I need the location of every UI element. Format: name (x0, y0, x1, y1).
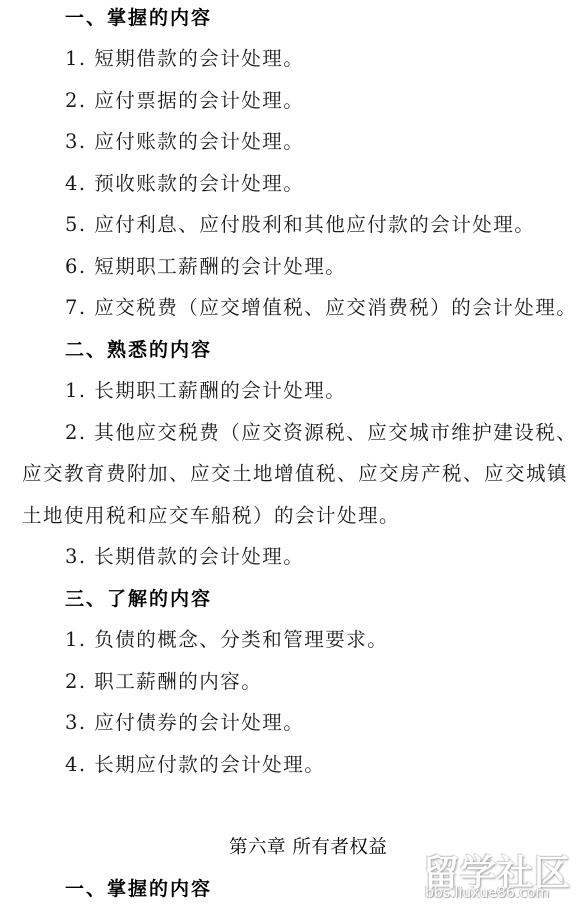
section-heading-mastery: 一、掌握的内容 (65, 6, 212, 30)
list-item: 6. 短期职工薪酬的会计处理。 (65, 255, 346, 279)
list-item: 2. 职工薪酬的内容。 (65, 670, 262, 694)
watermark-url: bbs.liuxue86.com (425, 885, 549, 901)
list-item: 4. 长期应付款的会计处理。 (65, 753, 325, 777)
section-heading-familiar: 二、熟悉的内容 (65, 338, 212, 362)
list-item: 1. 负债的概念、分类和管理要求。 (65, 628, 388, 652)
list-item: 1. 长期职工薪酬的会计处理。 (65, 379, 346, 403)
list-item-continuation: 应交教育费附加、应交土地增值税、应交房产税、应交城镇 (22, 462, 568, 486)
list-item: 3. 长期借款的会计处理。 (65, 545, 304, 569)
chapter-title: 第六章 所有者权益 (229, 836, 387, 860)
list-item: 5. 应付利息、应付股利和其他应付款的会计处理。 (65, 213, 535, 237)
watermark: 留学社区 bbs.liuxue86.com (415, 845, 580, 907)
section-heading-mastery: 一、掌握的内容 (65, 877, 212, 901)
list-item: 2. 其他应交税费（应交资源税、应交城市维护建设税、 (65, 421, 577, 445)
list-item: 3. 应付债券的会计处理。 (65, 711, 304, 735)
list-item: 3. 应付账款的会计处理。 (65, 130, 304, 154)
list-item-continuation: 土地使用税和应交车船税）的会计处理。 (22, 504, 400, 528)
list-item: 1. 短期借款的会计处理。 (65, 47, 304, 71)
list-item: 2. 应付票据的会计处理。 (65, 89, 304, 113)
list-item: 7. 应交税费（应交增值税、应交消费税）的会计处理。 (65, 296, 577, 320)
section-heading-understand: 三、了解的内容 (65, 587, 212, 611)
list-item: 4. 预收账款的会计处理。 (65, 172, 304, 196)
